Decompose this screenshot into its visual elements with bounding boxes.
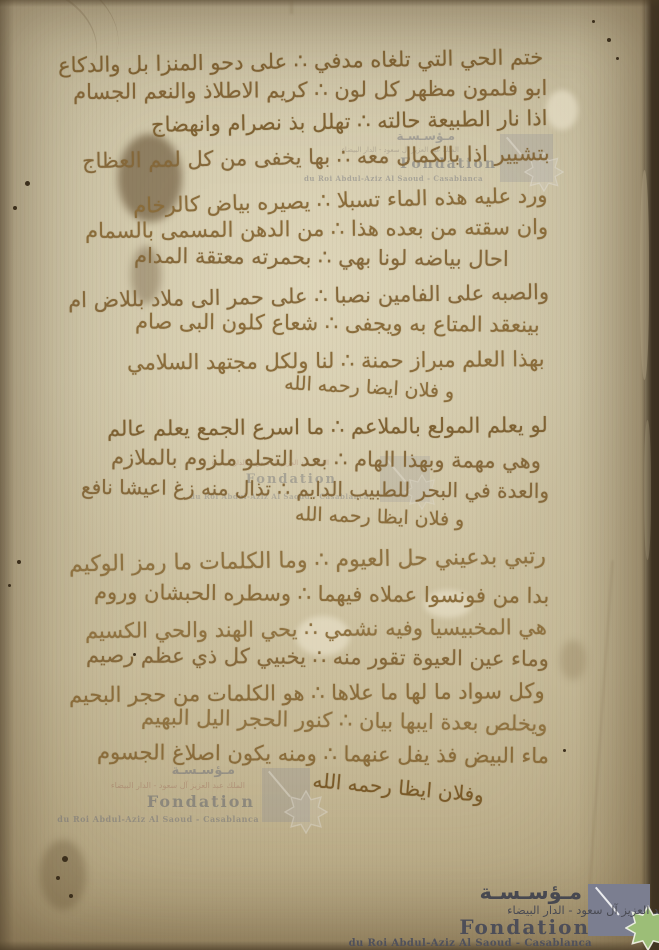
stamp-latin-subtitle: du Roi Abdul-Aziz Al Saoud - Casablanca [57, 814, 259, 824]
manuscript-line: احال بياضه لونا بهي ∴ بحمرته معتقة المدا… [134, 243, 509, 273]
speck-dot [8, 584, 11, 587]
manuscript-line: وماء عين العيوة تقور منه ∴ يخبيي كل ذي ع… [86, 642, 549, 672]
paper-damage-patch [546, 90, 578, 130]
page-curvature-shade [575, 0, 645, 950]
speck-dot [592, 20, 595, 23]
speck-dot [17, 560, 21, 564]
top-notch [290, 0, 293, 14]
manuscript-line: بدا من فونسوا عملاه فيهما ∴ وسطره الحبشا… [94, 579, 550, 609]
manuscript-line: ختم الحي التي تلغاه مدفي ∴ على دحو المنز… [58, 44, 544, 79]
speck-dot [607, 38, 611, 42]
stamp-arabic-subtitle: الملك عبد العزيز آل سعود - الدار البيضاء [111, 781, 245, 790]
top-crease [184, 0, 355, 43]
manuscript-line: ويخلص بعدة ايبها بيان ∴ كنور الحجر اليل … [140, 704, 547, 737]
manuscript-line: اذا نار الطبيعة حالته ∴ تهلل بذ نصرام وا… [150, 105, 547, 138]
stamp-mark [262, 768, 310, 822]
manuscript-line: لو يعلم المولع بالملاعم ∴ ما اسرع الجمع … [107, 412, 548, 442]
manuscript-line: وان سقته من بعده هذا ∴ من الدهن المسمى ب… [85, 214, 548, 244]
manuscript-line: ورد عليه هذه الماء تسبلا ∴ يصيره بياض كا… [132, 182, 547, 219]
page-edge-highlight [644, 420, 651, 560]
logo-arabic-title: مـؤسـسـة [480, 880, 582, 904]
scan-left-edge [0, 0, 14, 950]
manuscript-line: وفلان ايظا رحمه الله [312, 768, 485, 808]
manuscript-line: ابو فلمون مظهر كل لون ∴ كريم الاطلاذ وال… [73, 75, 547, 105]
speck-dot [25, 181, 30, 186]
manuscript-line: والعدة في البحر للطبيب الدايم ∴ تذال منه… [81, 475, 549, 504]
manuscript-line: هي المخبيسيا وفيه نشمي ∴ يحي الهند والحي… [85, 614, 547, 644]
eight-point-star-icon [284, 790, 328, 834]
manuscript-line: بينعقد المتاع به ويجفى ∴ شعاع كلون البى … [135, 308, 540, 338]
foxing-stain [40, 840, 86, 910]
speck-dot [56, 876, 60, 880]
foxing-stain [560, 640, 586, 680]
manuscript-line: رتبي بدعيني حل العيوم ∴ وما الكلمات ما ر… [69, 543, 546, 579]
manuscript-line: و فلان ايضا رحمه الله [283, 372, 454, 405]
speck-dot [69, 894, 73, 898]
page-edge-highlight [640, 170, 649, 380]
manuscript-line: ماء البيض فذ يفل عنهما ∴ ومنه يكون اصلاغ… [97, 739, 549, 769]
speck-dot [616, 57, 619, 60]
speck-dot [563, 749, 566, 752]
speck-dot [62, 856, 68, 862]
stamp-latin-subtitle: du Roi Abdul-Aziz Al Saoud - Casablanca [304, 174, 483, 183]
logo-latin-subtitle: du Roi Abdul-Aziz Al Saoud - Casablanca [349, 938, 592, 949]
logo-latin-title: Fondation [459, 915, 590, 939]
stamp-latin-title: Fondation [147, 792, 255, 811]
manuscript-line: وهي مهمة وبهذا الهام ∴ بعد التحلو ملزوم … [111, 444, 541, 474]
speck-dot [13, 206, 17, 210]
manuscript-line: و فلان ايظا رحمه الله [294, 503, 464, 533]
manuscript-line: بهذا العلم مبراز حمنة ∴ لنا ولكل مجتهد ا… [127, 346, 545, 376]
manuscript-scan: مـؤسـسـة الملك عبد العزيز آل سعود - الدا… [0, 0, 659, 950]
